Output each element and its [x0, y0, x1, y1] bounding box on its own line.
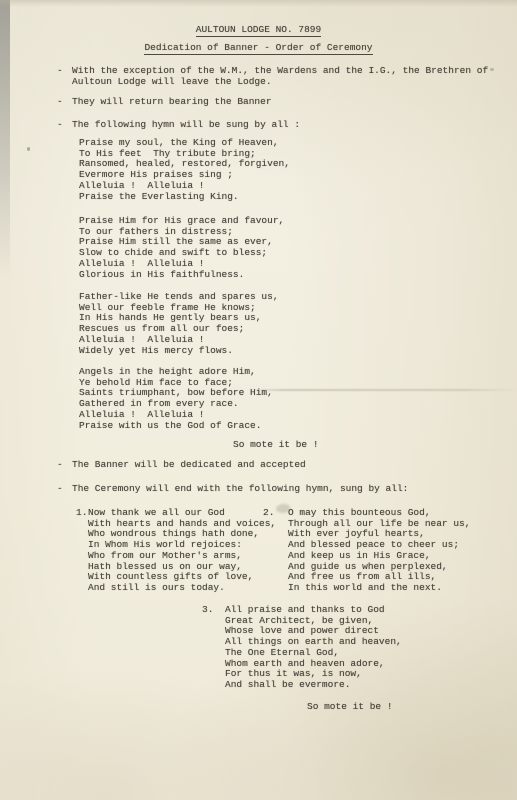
- hymn1-verse-1: Praise my soul, the King of Heaven, To H…: [79, 138, 290, 202]
- bullet-dash: -: [57, 484, 72, 495]
- bullet-item: - The Ceremony will end with the followi…: [57, 484, 408, 495]
- hymn2-verse-1-number: 1.: [76, 508, 87, 519]
- document-subtitle: Dedication of Banner - Order of Ceremony: [0, 43, 517, 55]
- bullet-dash: -: [57, 66, 72, 87]
- bullet-dash: -: [57, 460, 72, 471]
- hymn2-verse-1: Now thank we all our God With hearts and…: [88, 508, 276, 594]
- document-title-text: AULTOUN LODGE NO. 7899: [196, 25, 321, 37]
- document-subtitle-text: Dedication of Banner - Order of Ceremony: [144, 43, 372, 55]
- bullet-item: - With the exception of the W.M., the Wa…: [57, 66, 488, 87]
- bullet-item: - The Banner will be dedicated and accep…: [57, 460, 306, 471]
- hymn1-verse-4: Angels in the height adore Him, Ye behol…: [79, 367, 273, 431]
- hymn2-verse-2: O may this bounteous God, Through all ou…: [288, 508, 470, 594]
- paper-left-edge-shadow: [0, 0, 10, 280]
- ink-speck: [27, 147, 30, 151]
- bullet-text: With the exception of the W.M., the Ward…: [72, 66, 488, 87]
- hymn1-verse-3: Father-like He tends and spares us, Well…: [79, 292, 279, 356]
- hymn2-verse-2-number: 2.: [263, 508, 274, 519]
- affirmation-line: So mote it be !: [233, 440, 319, 451]
- paper-top-edge-shadow: [0, 0, 517, 7]
- paper-fold-crease: [250, 389, 517, 391]
- document-title: AULTOUN LODGE NO. 7899: [0, 25, 517, 37]
- bullet-item: - The following hymn will be sung by all…: [57, 120, 300, 131]
- hymn2-verse-3-number: 3.: [202, 605, 213, 616]
- bullet-text: The Ceremony will end with the following…: [72, 484, 408, 495]
- hymn1-verse-2: Praise Him for His grace and favour, To …: [79, 216, 284, 280]
- affirmation-line: So mote it be !: [307, 702, 393, 713]
- bullet-text: They will return bearing the Banner: [72, 97, 272, 108]
- scanned-document-page: AULTOUN LODGE NO. 7899 Dedication of Ban…: [0, 0, 517, 800]
- bullet-dash: -: [57, 97, 72, 108]
- bullet-dash: -: [57, 120, 72, 131]
- bullet-text: The following hymn will be sung by all :: [72, 120, 300, 131]
- hymn2-verse-3: All praise and thanks to God Great Archi…: [225, 605, 402, 691]
- bullet-text: The Banner will be dedicated and accepte…: [72, 460, 306, 471]
- ink-speck: [490, 68, 494, 71]
- bullet-item: - They will return bearing the Banner: [57, 97, 272, 108]
